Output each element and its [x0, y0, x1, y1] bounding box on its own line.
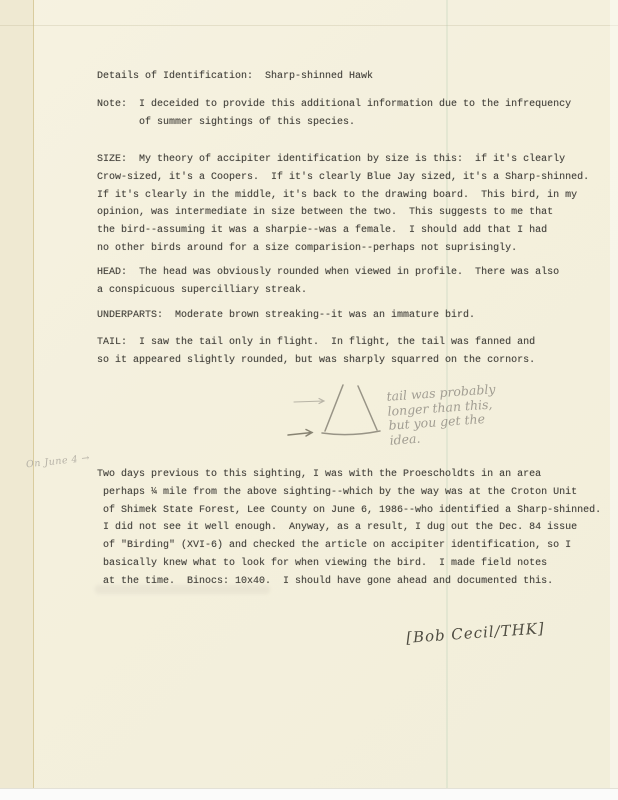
erased-pencil-smudge [95, 585, 270, 594]
underparts-paragraph: UNDERPARTS: Moderate brown streaking--it… [97, 307, 475, 325]
tail-annotation-handwriting: tail was probably longer than this, but … [386, 382, 499, 447]
tail-paragraph: TAIL: I saw the tail only in flight. In … [97, 334, 535, 370]
margin-note-handwriting: On June 4 → [26, 453, 91, 471]
paper-fold-line [0, 25, 618, 26]
signature-handwriting: [Bob Cecil/THK] [406, 619, 546, 647]
head-paragraph: HEAD: The head was obviously rounded whe… [97, 264, 559, 300]
note-paragraph: Note: I deceided to provide this additio… [97, 96, 571, 132]
closing-paragraph: Two days previous to this sighting, I wa… [97, 466, 601, 591]
paper-left-edge [0, 0, 34, 788]
size-paragraph: SIZE: My theory of accipiter identificat… [97, 151, 589, 258]
paper-right-edge [610, 0, 618, 788]
scanned-paper: Details of Identification: Sharp-shinned… [0, 0, 618, 788]
document-title: Details of Identification: Sharp-shinned… [97, 68, 373, 86]
tail-sketch [280, 378, 392, 446]
scan-bottom-edge [0, 788, 618, 800]
